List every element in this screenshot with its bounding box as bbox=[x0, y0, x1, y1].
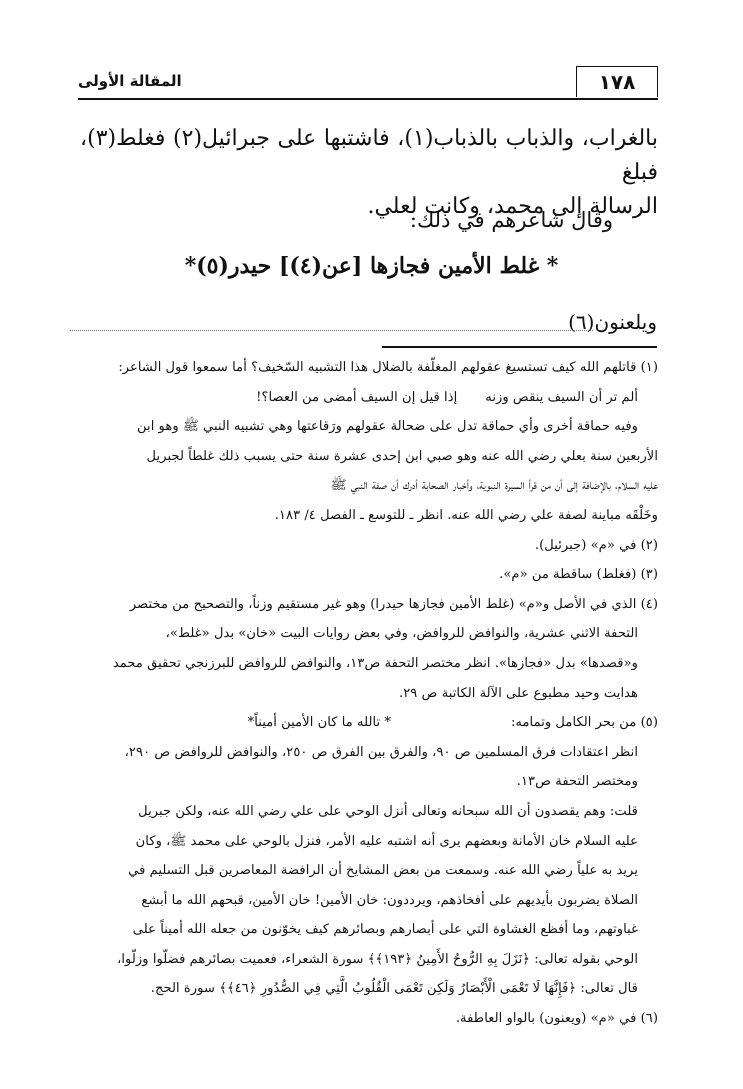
footnote-4-line-1: (٤) الذي في الأصل و«م» (غلط الأمين فجازه… bbox=[82, 590, 658, 620]
footnote-2: (٢) في «م» (جبرئيل). bbox=[82, 531, 658, 561]
footnote-1-verse: ألم تر أن السيف ينقص وزنه إذا قيل إن الس… bbox=[82, 383, 658, 413]
poet-intro: وقال شاعرهم في ذلك: bbox=[410, 208, 613, 232]
footnote-5-comment-5: غباوتهم، وما أفظع الغشاوة التي على أبصار… bbox=[82, 915, 658, 945]
footnote-4: (٤) الذي في الأصل و«م» (غلط الأمين فجازه… bbox=[82, 590, 658, 708]
footnote-5-comment-6: الوحي بقوله تعالى: ﴿نَزَلَ بِهِ الرُّوحُ… bbox=[82, 945, 658, 975]
footnote-5-comment-2: عليه السلام خان الأمانة وبعضهم يرى أنه ا… bbox=[82, 827, 658, 857]
footnote-3: (٣) (فغلط) ساقطة من «م». bbox=[82, 560, 658, 590]
footnote-6: (٦) في «م» (ويعنون) بالواو العاطفة. bbox=[82, 1004, 658, 1034]
footnote-1-body-3: عليه السلام، بالإضافة إلى أن من قرأ السي… bbox=[82, 471, 658, 501]
footnote-5-ref-1: انظر اعتقادات فرق المسلمين ص ٩٠، والفرق … bbox=[82, 738, 658, 768]
footnote-5: (٥) من بحر الكامل وتمامه: * تالله ما كان… bbox=[82, 708, 658, 1004]
footnote-5-ref-2: ومختصر التحفة ص١٣. bbox=[82, 767, 658, 797]
footnote-5-verse: * تالله ما كان الأمين أميناً* bbox=[248, 708, 391, 738]
poem-verse: * غلط الأمين فجازها [عن(٤)] حيدر(٥)* bbox=[0, 253, 743, 279]
footnote-5-comment-1: قلت: وهم يقصدون أن الله سبحانه وتعالى أن… bbox=[82, 797, 658, 827]
footnote-1-body-4: وخَلْقَه مباينة لصفة علي رضي الله عنه. ا… bbox=[82, 501, 658, 531]
footnote-1-line: (١) قاتلهم الله كيف تستسيغ عقولهم المغلّ… bbox=[82, 353, 658, 383]
main-line-1: بالغراب، والذباب بالذباب(١)، فاشتبها على… bbox=[80, 122, 658, 190]
footnote-4-line-2: التحفة الاثني عشرية، والنوافض للروافض، و… bbox=[82, 619, 658, 649]
footnote-4-line-3: و«قصدها» بدل «فجازها». انظر مختصر التحفة… bbox=[82, 649, 658, 679]
footnotes: (١) قاتلهم الله كيف تستسيغ عقولهم المغلّ… bbox=[82, 353, 658, 1034]
verse-hemistich-a: ألم تر أن السيف ينقص وزنه bbox=[485, 383, 638, 413]
footnote-4-line-4: هدايت وحيد مطبوع على الآلة الكاتبة ص ٢٩. bbox=[82, 679, 658, 709]
footnote-separator bbox=[382, 346, 657, 348]
footnote-1-body-1: وفيه حماقة أخرى وأي حماقة تدل على ضحالة … bbox=[82, 412, 658, 442]
footnote-1: (١) قاتلهم الله كيف تستسيغ عقولهم المغلّ… bbox=[82, 353, 658, 531]
footnote-5-comment-4: الصلاة يضربون بأيديهم على أفخاذهم، ويردد… bbox=[82, 886, 658, 916]
page-header: ١٧٨ المقالة الأولى bbox=[78, 66, 658, 100]
document-page: ١٧٨ المقالة الأولى بالغراب، والذباب بالذ… bbox=[0, 0, 743, 1089]
running-title: المقالة الأولى bbox=[78, 72, 182, 90]
dotted-leader bbox=[70, 330, 593, 331]
header-rule bbox=[78, 98, 658, 100]
footnote-5-comment-3: يريد به علياً رضي الله عنه. وسمعت من بعض… bbox=[82, 856, 658, 886]
footnote-5-lead: (٥) من بحر الكامل وتمامه: * تالله ما كان… bbox=[82, 708, 658, 738]
footnote-1-body-2: الأربعين سنة بعلي رضي الله عنه وهو صبي ا… bbox=[82, 442, 658, 472]
footnote-5-comment-7: قال تعالى: ﴿فَإِنَّهَا لَا تَعْمَى الْأَ… bbox=[82, 974, 658, 1004]
page-number: ١٧٨ bbox=[576, 66, 658, 97]
footnote-5-lead-text: (٥) من بحر الكامل وتمامه: bbox=[511, 708, 658, 738]
verse-hemistich-b: إذا قيل إن السيف أمضى من العصا؟! bbox=[256, 383, 457, 413]
